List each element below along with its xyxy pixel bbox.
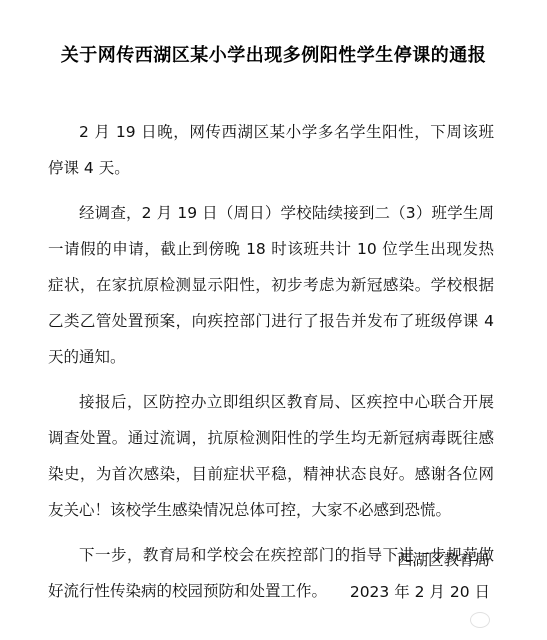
weibo-icon — [470, 612, 490, 628]
document-body: 2 月 19 日晚，网传西湖区某小学多名学生阳性，下周该班停课 4 天。 经调查… — [48, 114, 494, 618]
paragraph: 2 月 19 日晚，网传西湖区某小学多名学生阳性，下周该班停课 4 天。 — [48, 114, 494, 186]
issue-date: 2023 年 2 月 20 日 — [350, 580, 490, 602]
paragraph: 接报后，区防控办立即组织区教育局、区疾控中心联合开展调查处置。通过流调，抗原检测… — [48, 384, 494, 528]
paragraph: 经调查，2 月 19 日（周日）学校陆续接到二（3）班学生周一请假的申请，截止到… — [48, 195, 494, 375]
signature: 西湖区教育局 — [397, 548, 490, 570]
document-title: 关于网传西湖区某小学出现多例阳性学生停课的通报 — [0, 41, 547, 67]
